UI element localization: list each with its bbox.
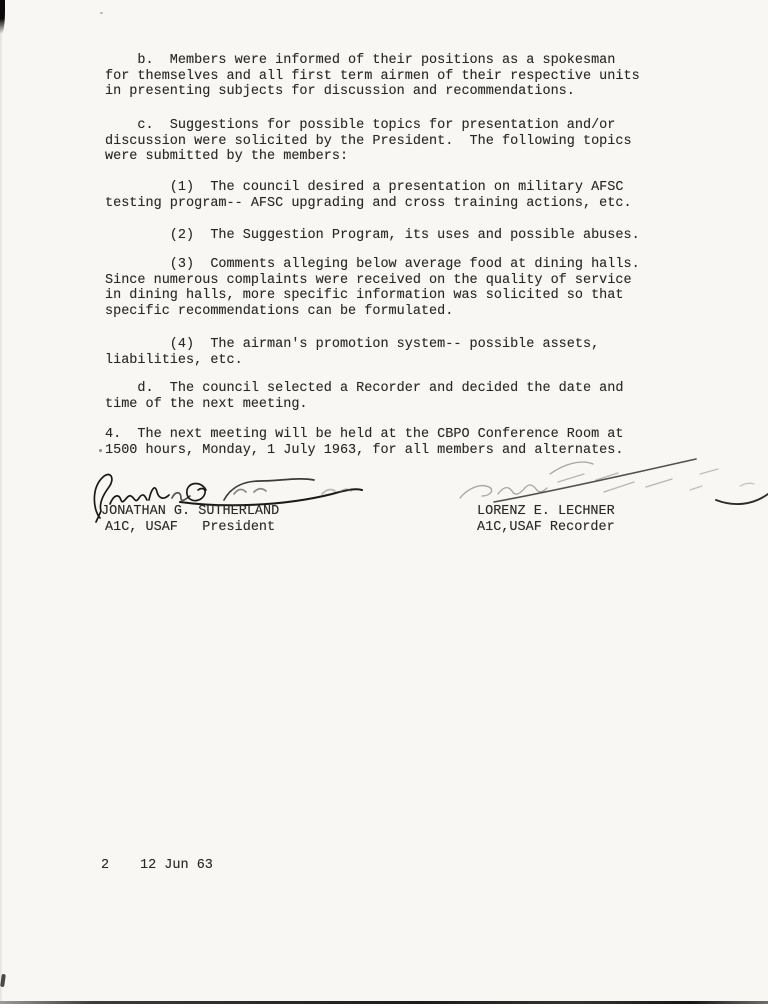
- paragraph-b: b. Members were informed of their positi…: [105, 53, 640, 100]
- paragraph-c: c. Suggestions for possible topics for p…: [105, 118, 632, 165]
- subparagraph-4: (4) The airman's promotion system-- poss…: [105, 337, 599, 368]
- subparagraph-2: (2) The Suggestion Program, its uses and…: [105, 228, 640, 244]
- signatory-title-left: A1C, USAF President: [105, 520, 275, 536]
- scan-page-bottom-edge: [0, 1001, 768, 1004]
- lechner-signature: [454, 446, 768, 510]
- scan-edge-speck: [0, 974, 6, 987]
- page-number: 2: [101, 858, 109, 874]
- footer-date: 12 Jun 63: [140, 858, 213, 874]
- scan-stray-dot: [99, 449, 102, 452]
- paragraph-d: d. The council selected a Recorder and d…: [105, 381, 623, 412]
- subparagraph-3: (3) Comments alleging below average food…: [105, 257, 640, 319]
- signatory-name-right: LORENZ E. LECHNER: [477, 504, 615, 520]
- document-page: b. Members were informed of their positi…: [0, 0, 768, 1002]
- scan-corner-mark: [0, 0, 5, 34]
- signatory-title-right: A1C,USAF Recorder: [477, 520, 615, 536]
- signatory-name-left: JONATHAN G. SUTHERLAND: [101, 504, 279, 520]
- scan-top-speck: [100, 12, 103, 14]
- subparagraph-1: (1) The council desired a presentation o…: [105, 180, 632, 211]
